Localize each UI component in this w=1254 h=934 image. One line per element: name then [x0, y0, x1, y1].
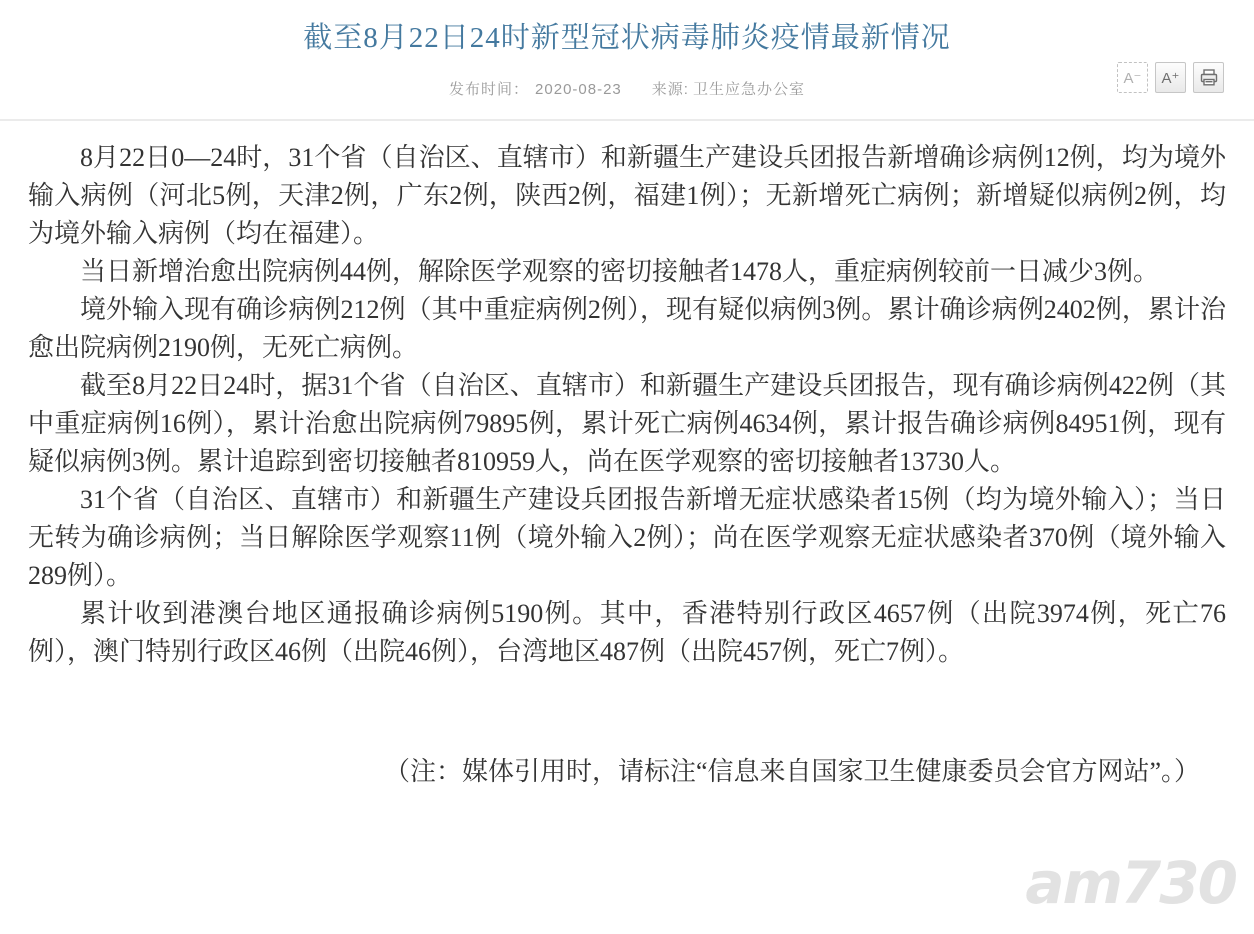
- paragraph-5: 31个省（自治区、直辖市）和新疆生产建设兵团报告新增无症状感染者15例（均为境外…: [28, 481, 1226, 595]
- page-title: 截至8月22日24时新型冠状病毒肺炎疫情最新情况: [0, 18, 1254, 58]
- paragraph-3: 境外输入现有确诊病例212例（其中重症病例2例），现有疑似病例3例。累计确诊病例…: [28, 291, 1226, 367]
- source-label: 来源:: [652, 81, 689, 98]
- paragraph-6: 累计收到港澳台地区通报确诊病例5190例。其中，香港特别行政区4657例（出院3…: [28, 595, 1226, 671]
- print-button[interactable]: [1193, 62, 1224, 93]
- font-decrease-button[interactable]: A⁻: [1117, 62, 1148, 93]
- publish-time-label: 发布时间：: [449, 81, 529, 98]
- am730-watermark: am730: [1025, 854, 1236, 912]
- citation-note: （注：媒体引用时，请标注“信息来自国家卫生健康委员会官方网站”。）: [358, 753, 1226, 791]
- source-value: 卫生应急办公室: [693, 81, 805, 98]
- paragraph-2: 当日新增治愈出院病例44例，解除医学观察的密切接触者1478人，重症病例较前一日…: [28, 253, 1226, 291]
- toolbar: A⁻ A⁺: [1117, 62, 1224, 93]
- publish-date: 2020-08-23: [535, 81, 622, 98]
- article-body: 8月22日0—24时，31个省（自治区、直辖市）和新疆生产建设兵团报告新增确诊病…: [0, 121, 1254, 791]
- article-meta: 发布时间：2020-08-23来源:卫生应急办公室: [0, 78, 1254, 99]
- article-page: 截至8月22日24时新型冠状病毒肺炎疫情最新情况 发布时间：2020-08-23…: [0, 0, 1254, 934]
- paragraph-1: 8月22日0—24时，31个省（自治区、直辖市）和新疆生产建设兵团报告新增确诊病…: [28, 139, 1226, 253]
- paragraph-4: 截至8月22日24时，据31个省（自治区、直辖市）和新疆生产建设兵团报告，现有确…: [28, 367, 1226, 481]
- article-header: 截至8月22日24时新型冠状病毒肺炎疫情最新情况 发布时间：2020-08-23…: [0, 0, 1254, 99]
- font-increase-button[interactable]: A⁺: [1155, 62, 1186, 93]
- printer-icon: [1200, 69, 1218, 86]
